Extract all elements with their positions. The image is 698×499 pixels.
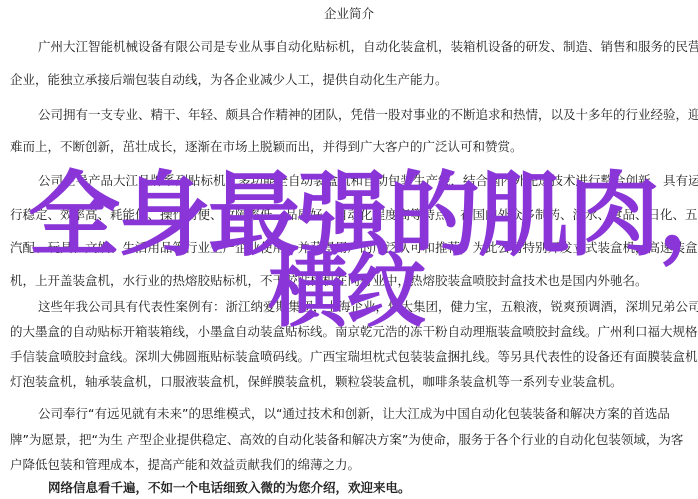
paragraph-line: 公司拥有一支专业、精干、年轻、颇具合作精神的团队，凭借一股对事业的不断追求和热情… bbox=[38, 107, 698, 123]
closing-line: 网络信息看千遍，不如一个电话细致入微的为您介绍，欢迎来电。 bbox=[48, 480, 411, 496]
overlay-headline-line2: 横纹 bbox=[268, 252, 424, 332]
paragraph-line: 公司主导产品大江品牌系列贴标机、多功能全自动装盒机和自动包装生产线，结合国内外先… bbox=[38, 173, 698, 189]
paragraph-line: 手信装盒喷胶封盒线。深圳大佛圆瓶贴标装盒喷码线。广西宝瑞坦枕式包装装盒捆扎线。等… bbox=[10, 349, 698, 365]
paragraph-line: 这些年我公司具有代表性案例有：浙江纳爱斯集团，上海企业，恒大集团，健力宝，五粮液… bbox=[38, 299, 698, 315]
paragraph-line: 企业，能独立承接后端包装自动线，为各企业减少人工，提供自动化生产能力。 bbox=[10, 72, 448, 88]
paragraph-line: 广州大江智能机械设备有限公司是专业从事自动化贴标机，自动化装盒机，装箱机设备的研… bbox=[38, 39, 698, 55]
document-title: 企业简介 bbox=[0, 6, 698, 22]
document-page: 企业简介 广州大江智能机械设备有限公司是专业从事自动化贴标机，自动化装盒机，装箱… bbox=[0, 0, 698, 499]
paragraph-line: 公司奉行“有远见就有未来”的思维模式，以“通过技术和创新，让大江成为中国自动化包… bbox=[38, 406, 670, 422]
paragraph-line: 牌”为愿景，把“为生 产型企业提供稳定、高效的自动化装备和解决方案”为使命，服务… bbox=[10, 432, 683, 448]
paragraph-line: 难而上，不断创新，茁壮成长，逐渐在市场上脱颖而出，并得到广大客户的广泛认可和赞赏… bbox=[10, 139, 523, 155]
paragraph-line: 户降低包装和管理成本，提高产能和效益贡献我们的绵薄之力。 bbox=[10, 457, 360, 473]
paragraph-line: 汽配、玩具、文娱、生活用品等行业生产企业使用，并获得用户的广泛认可和推荐，为此公… bbox=[10, 240, 698, 256]
paragraph-line: 灯泡装盒机，轴承装盒机，口服液装盒机，保鲜膜装盒机，颗粒袋装盒机，咖啡条装盒机等… bbox=[10, 374, 623, 390]
paragraph-line: 的大墨盒的自动贴标开箱装箱线，小墨盒自动装盒贴标线。南京乾元浩的冻干粉自动理瓶装… bbox=[10, 324, 698, 340]
paragraph-line: 机，上开盖装盒机，水行业的热熔胶贴标机，不干胶贴标机在同行业中，热熔胶装盒喷胶封… bbox=[10, 273, 648, 289]
paragraph-line: 行稳定、效率高、耗能低、操作简便、故障率低、品质好，自动化程度高等特点，在国内外… bbox=[10, 207, 698, 223]
